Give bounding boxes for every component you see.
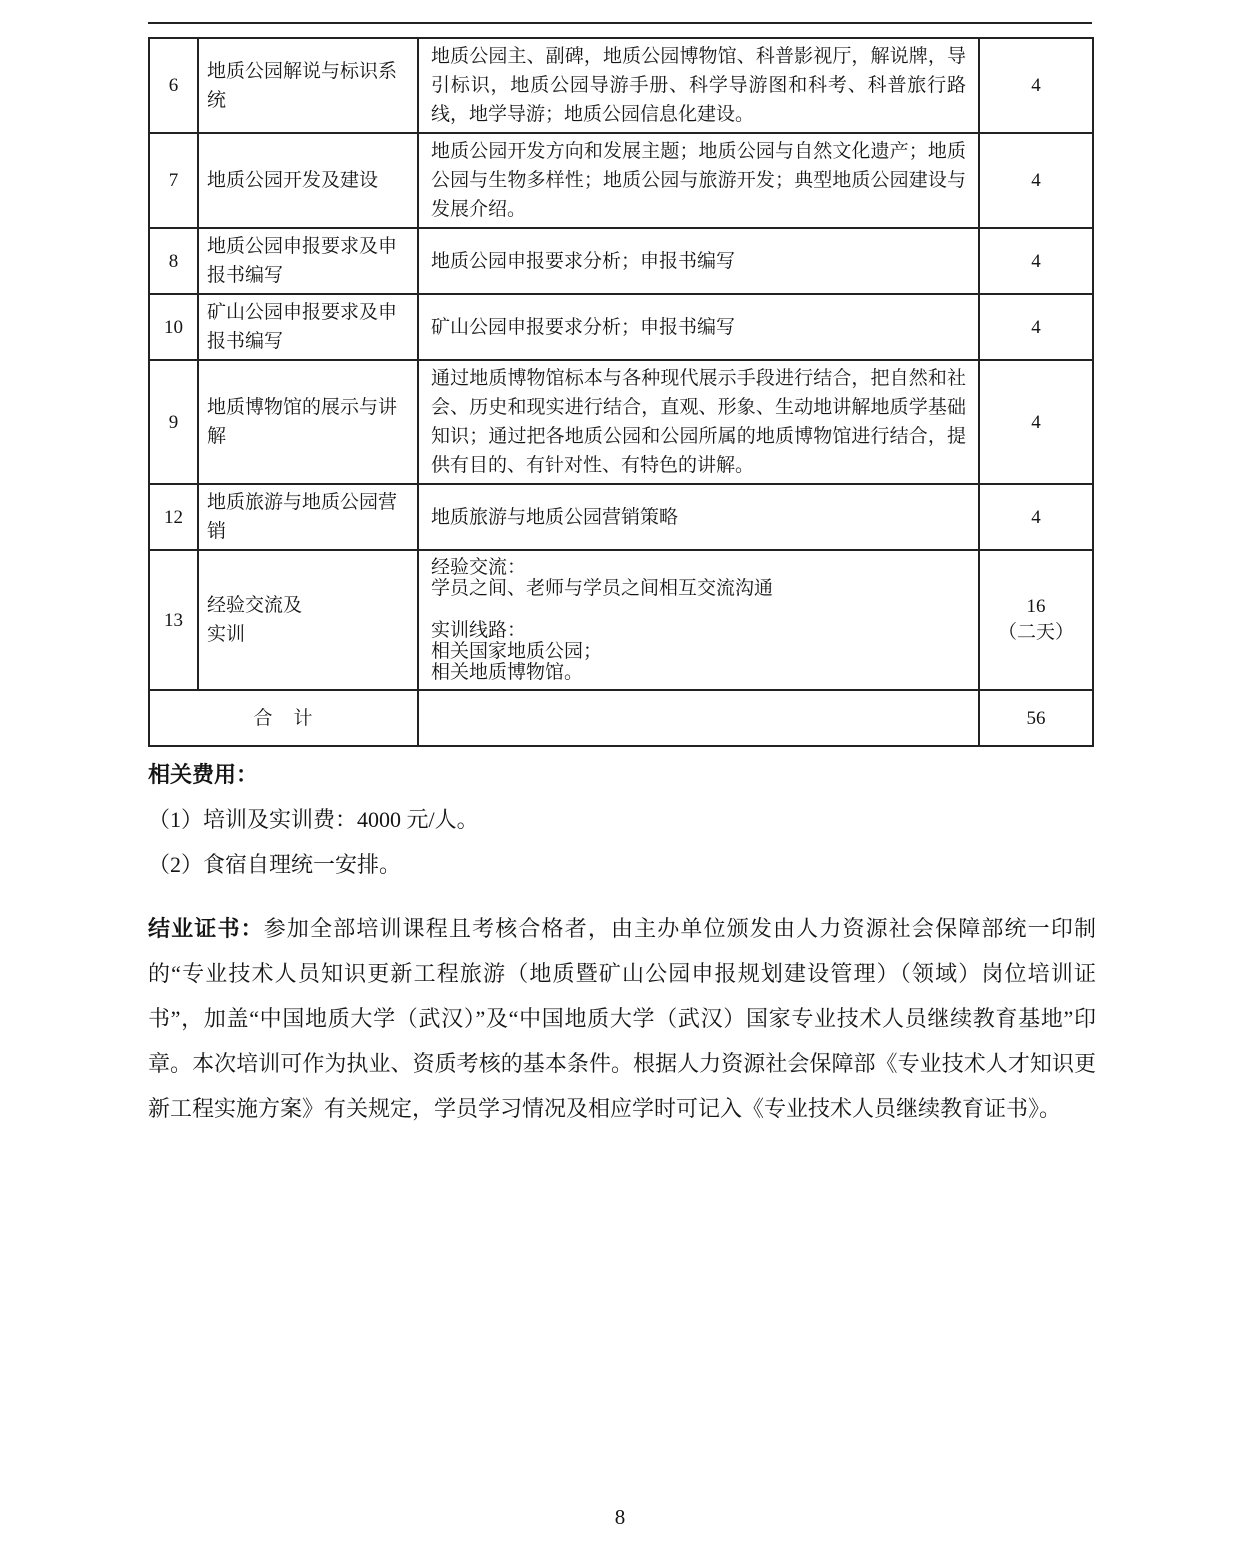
topic-cell: 地质公园开发及建设 — [198, 133, 418, 228]
total-row: 合 计 56 — [149, 690, 1093, 746]
row-number-cell: 7 — [149, 133, 198, 228]
content-cell: 经验交流： 学员之间、老师与学员之间相互交流沟通 实训线路： 相关国家地质公园；… — [418, 550, 979, 690]
total-hours-cell: 56 — [979, 690, 1093, 746]
document-page: 6 地质公园解说与标识系统 地质公园主、副碑，地质公园博物馆、科普影视厅，解说牌… — [0, 0, 1240, 1564]
content-cell: 地质公园开发方向和发展主题；地质公园与自然文化遗产；地质公园与生物多样性；地质公… — [418, 133, 979, 228]
row-number-cell: 10 — [149, 294, 198, 360]
row-number-cell: 6 — [149, 38, 198, 133]
table-top-rule — [148, 22, 1092, 24]
hours-cell: 16 （二天） — [979, 550, 1093, 690]
topic-cell: 经验交流及 实训 — [198, 550, 418, 690]
topic-cell: 地质公园解说与标识系统 — [198, 38, 418, 133]
content-cell: 矿山公园申报要求分析；申报书编写 — [418, 294, 979, 360]
row-number-cell: 13 — [149, 550, 198, 690]
page-number: 8 — [0, 1505, 1240, 1530]
table-row: 10 矿山公园申报要求及申报书编写 矿山公园申报要求分析；申报书编写 4 — [149, 294, 1093, 360]
table-row: 7 地质公园开发及建设 地质公园开发方向和发展主题；地质公园与自然文化遗产；地质… — [149, 133, 1093, 228]
fees-item-1: （1）培训及实训费：4000 元/人。 — [148, 797, 1096, 842]
fees-heading: 相关费用： — [148, 752, 1096, 797]
hours-cell: 4 — [979, 133, 1093, 228]
content-cell: 地质旅游与地质公园营销策略 — [418, 484, 979, 550]
content-cell: 通过地质博物馆标本与各种现代展示手段进行结合，把自然和社会、历史和现实进行结合，… — [418, 360, 979, 484]
course-table: 6 地质公园解说与标识系统 地质公园主、副碑，地质公园博物馆、科普影视厅，解说牌… — [148, 37, 1094, 747]
hours-cell: 4 — [979, 294, 1093, 360]
table-row: 13 经验交流及 实训 经验交流： 学员之间、老师与学员之间相互交流沟通 实训线… — [149, 550, 1093, 690]
fees-item-2: （2）食宿自理统一安排。 — [148, 842, 1096, 887]
total-label-cell: 合 计 — [149, 690, 418, 746]
row-number-cell: 8 — [149, 228, 198, 294]
content-cell: 地质公园主、副碑，地质公园博物馆、科普影视厅，解说牌，导引标识，地质公园导游手册… — [418, 38, 979, 133]
hours-cell: 4 — [979, 228, 1093, 294]
row-number-cell: 9 — [149, 360, 198, 484]
certificate-paragraph: 结业证书：参加全部培训课程且考核合格者，由主办单位颁发由人力资源社会保障部统一印… — [148, 906, 1096, 1131]
table-row: 9 地质博物馆的展示与讲解 通过地质博物馆标本与各种现代展示手段进行结合，把自然… — [149, 360, 1093, 484]
certificate-lead: 结业证书： — [148, 916, 264, 941]
topic-cell: 地质旅游与地质公园营销 — [198, 484, 418, 550]
total-empty-cell — [418, 690, 979, 746]
hours-cell: 4 — [979, 38, 1093, 133]
row-number-cell: 12 — [149, 484, 198, 550]
hours-cell: 4 — [979, 484, 1093, 550]
table-row: 8 地质公园申报要求及申报书编写 地质公园申报要求分析；申报书编写 4 — [149, 228, 1093, 294]
fees-section: 相关费用： （1）培训及实训费：4000 元/人。 （2）食宿自理统一安排。 — [148, 752, 1096, 887]
topic-cell: 地质博物馆的展示与讲解 — [198, 360, 418, 484]
certificate-body: 参加全部培训课程且考核合格者，由主办单位颁发由人力资源社会保障部统一印制的“专业… — [148, 916, 1096, 1121]
hours-cell: 4 — [979, 360, 1093, 484]
topic-cell: 矿山公园申报要求及申报书编写 — [198, 294, 418, 360]
content-cell: 地质公园申报要求分析；申报书编写 — [418, 228, 979, 294]
topic-cell: 地质公园申报要求及申报书编写 — [198, 228, 418, 294]
table-row: 6 地质公园解说与标识系统 地质公园主、副碑，地质公园博物馆、科普影视厅，解说牌… — [149, 38, 1093, 133]
table-row: 12 地质旅游与地质公园营销 地质旅游与地质公园营销策略 4 — [149, 484, 1093, 550]
